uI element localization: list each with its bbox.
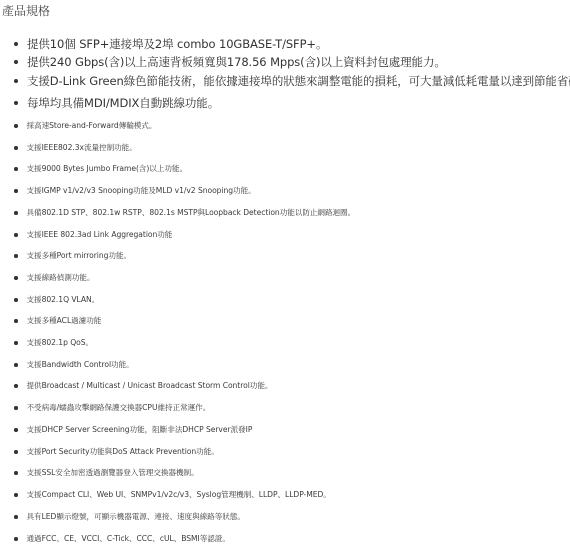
bullet-icon (14, 101, 18, 105)
list-item-text: 支援IEEE802.3x流量控制功能。 (27, 143, 137, 153)
list-item: 支援802.1p QoS。 (14, 338, 93, 348)
bullet-icon (14, 406, 18, 410)
bullet-icon (14, 428, 18, 432)
list-item-text: 支援Port Security功能與DoS Attack Prevention功… (27, 447, 219, 457)
list-item-text: 支援Compact CLI、Web UI、SNMPv1/v2c/v3、Syslo… (27, 490, 331, 500)
bullet-icon (14, 233, 18, 237)
list-item: 支援IEEE802.3x流量控制功能。 (14, 143, 137, 153)
list-item: 支援Port Security功能與DoS Attack Prevention功… (14, 447, 219, 457)
list-item: 具備802.1D STP、802.1w RSTP、802.1s MSTP與Loo… (14, 208, 355, 218)
list-item-text: 支援Bandwidth Control功能。 (27, 360, 134, 370)
list-item: 提供Broadcast / Multicast / Unicast Broadc… (14, 381, 272, 391)
list-item-text: 支援802.1Q VLAN。 (27, 295, 100, 305)
list-item: 支援Bandwidth Control功能。 (14, 360, 134, 370)
list-item-text: 具有LED顯示燈號，可顯示機器電源、連接、速度與線路等狀態。 (27, 512, 245, 522)
list-item: 提供10個 SFP+連接埠及2埠 combo 10GBASE-T/SFP+。 (14, 37, 327, 51)
list-item-text: 支援DHCP Server Screening功能，阻斷非法DHCP Serve… (27, 425, 253, 435)
list-item: 具有LED顯示燈號，可顯示機器電源、連接、速度與線路等狀態。 (14, 512, 245, 522)
list-item: 支援D-Link Green綠色節能技術，能依據連接埠的狀態來調整電能的損耗，可… (14, 74, 570, 88)
list-item-text: 支援D-Link Green綠色節能技術，能依據連接埠的狀態來調整電能的損耗，可… (27, 74, 570, 88)
bullet-icon (14, 189, 18, 193)
list-item-text: 支援IGMP v1/v2/v3 Snooping功能及MLD v1/v2 Sno… (27, 186, 256, 196)
bullet-icon (14, 341, 18, 345)
list-item: 採高速Store-and-Forward傳輸模式。 (14, 121, 156, 131)
list-item: 支援IGMP v1/v2/v3 Snooping功能及MLD v1/v2 Sno… (14, 186, 256, 196)
list-item: 每埠均具備MDI/MDIX自動跳線功能。 (14, 96, 219, 110)
bullet-icon (14, 537, 18, 541)
bullet-icon (14, 42, 18, 46)
list-item: 支援DHCP Server Screening功能，阻斷非法DHCP Serve… (14, 425, 252, 435)
bullet-icon (14, 493, 18, 497)
bullet-icon (14, 146, 18, 150)
bullet-icon (14, 254, 18, 258)
list-item-text: 支援9000 Bytes Jumbo Frame(含)以上功能。 (27, 164, 188, 174)
bullet-icon (14, 124, 18, 128)
list-item: 不受病毒/蠕蟲攻擊網路保護交換器CPU維持正常運作。 (14, 403, 210, 413)
bullet-icon (14, 276, 18, 280)
bullet-icon (14, 298, 18, 302)
bullet-icon (14, 60, 18, 64)
list-item: 通過FCC、CE、VCCI、C-Tick、CCC、cUL、BSMI等認證。 (14, 534, 230, 544)
list-item: 支援IEEE 802.3ad Link Aggregation功能 (14, 230, 172, 240)
bullet-icon (14, 363, 18, 367)
bullet-icon (14, 211, 18, 215)
bullet-icon (14, 450, 18, 454)
list-item: 支援多種ACL過濾功能 (14, 316, 101, 326)
bullet-icon (14, 319, 18, 323)
list-item-text: 不受病毒/蠕蟲攻擊網路保護交換器CPU維持正常運作。 (27, 403, 211, 413)
list-item-text: 採高速Store-and-Forward傳輸模式。 (27, 121, 157, 131)
list-item-text: 支援IEEE 802.3ad Link Aggregation功能 (27, 230, 173, 240)
list-item-text: 支援多種ACL過濾功能 (27, 316, 102, 326)
list-item-text: 每埠均具備MDI/MDIX自動跳線功能。 (27, 96, 219, 110)
list-item: 支援多種Port mirroring功能。 (14, 251, 131, 261)
bullet-icon (14, 471, 18, 475)
list-item-text: 提供240 Gbps(含)以上高速背板頻寬與178.56 Mpps(含)以上資料… (27, 55, 446, 69)
list-item-text: 支援線路偵測功能。 (27, 273, 95, 283)
list-item: 提供240 Gbps(含)以上高速背板頻寬與178.56 Mpps(含)以上資料… (14, 55, 446, 69)
list-item-text: 通過FCC、CE、VCCI、C-Tick、CCC、cUL、BSMI等認證。 (27, 534, 230, 544)
list-item: 支援Compact CLI、Web UI、SNMPv1/v2c/v3、Syslo… (14, 490, 331, 500)
list-item: 支援802.1Q VLAN。 (14, 295, 99, 305)
list-item: 支援線路偵測功能。 (14, 273, 94, 283)
bullet-icon (14, 515, 18, 519)
list-item: 支援9000 Bytes Jumbo Frame(含)以上功能。 (14, 164, 187, 174)
bullet-icon (14, 79, 18, 83)
bullet-icon (14, 167, 18, 171)
list-item-text: 具備802.1D STP、802.1w RSTP、802.1s MSTP與Loo… (27, 208, 356, 218)
list-item-text: 提供Broadcast / Multicast / Unicast Broadc… (27, 381, 273, 391)
list-item-text: 支援SSL安全加密透過瀏覽器登入管理交換器機制。 (27, 468, 199, 478)
list-item: 支援SSL安全加密透過瀏覽器登入管理交換器機制。 (14, 468, 199, 478)
bullet-icon (14, 384, 18, 388)
section-title: 產品規格 (2, 3, 50, 19)
list-item-text: 支援802.1p QoS。 (27, 338, 94, 348)
list-item-text: 提供10個 SFP+連接埠及2埠 combo 10GBASE-T/SFP+。 (27, 37, 327, 51)
list-item-text: 支援多種Port mirroring功能。 (27, 251, 132, 261)
